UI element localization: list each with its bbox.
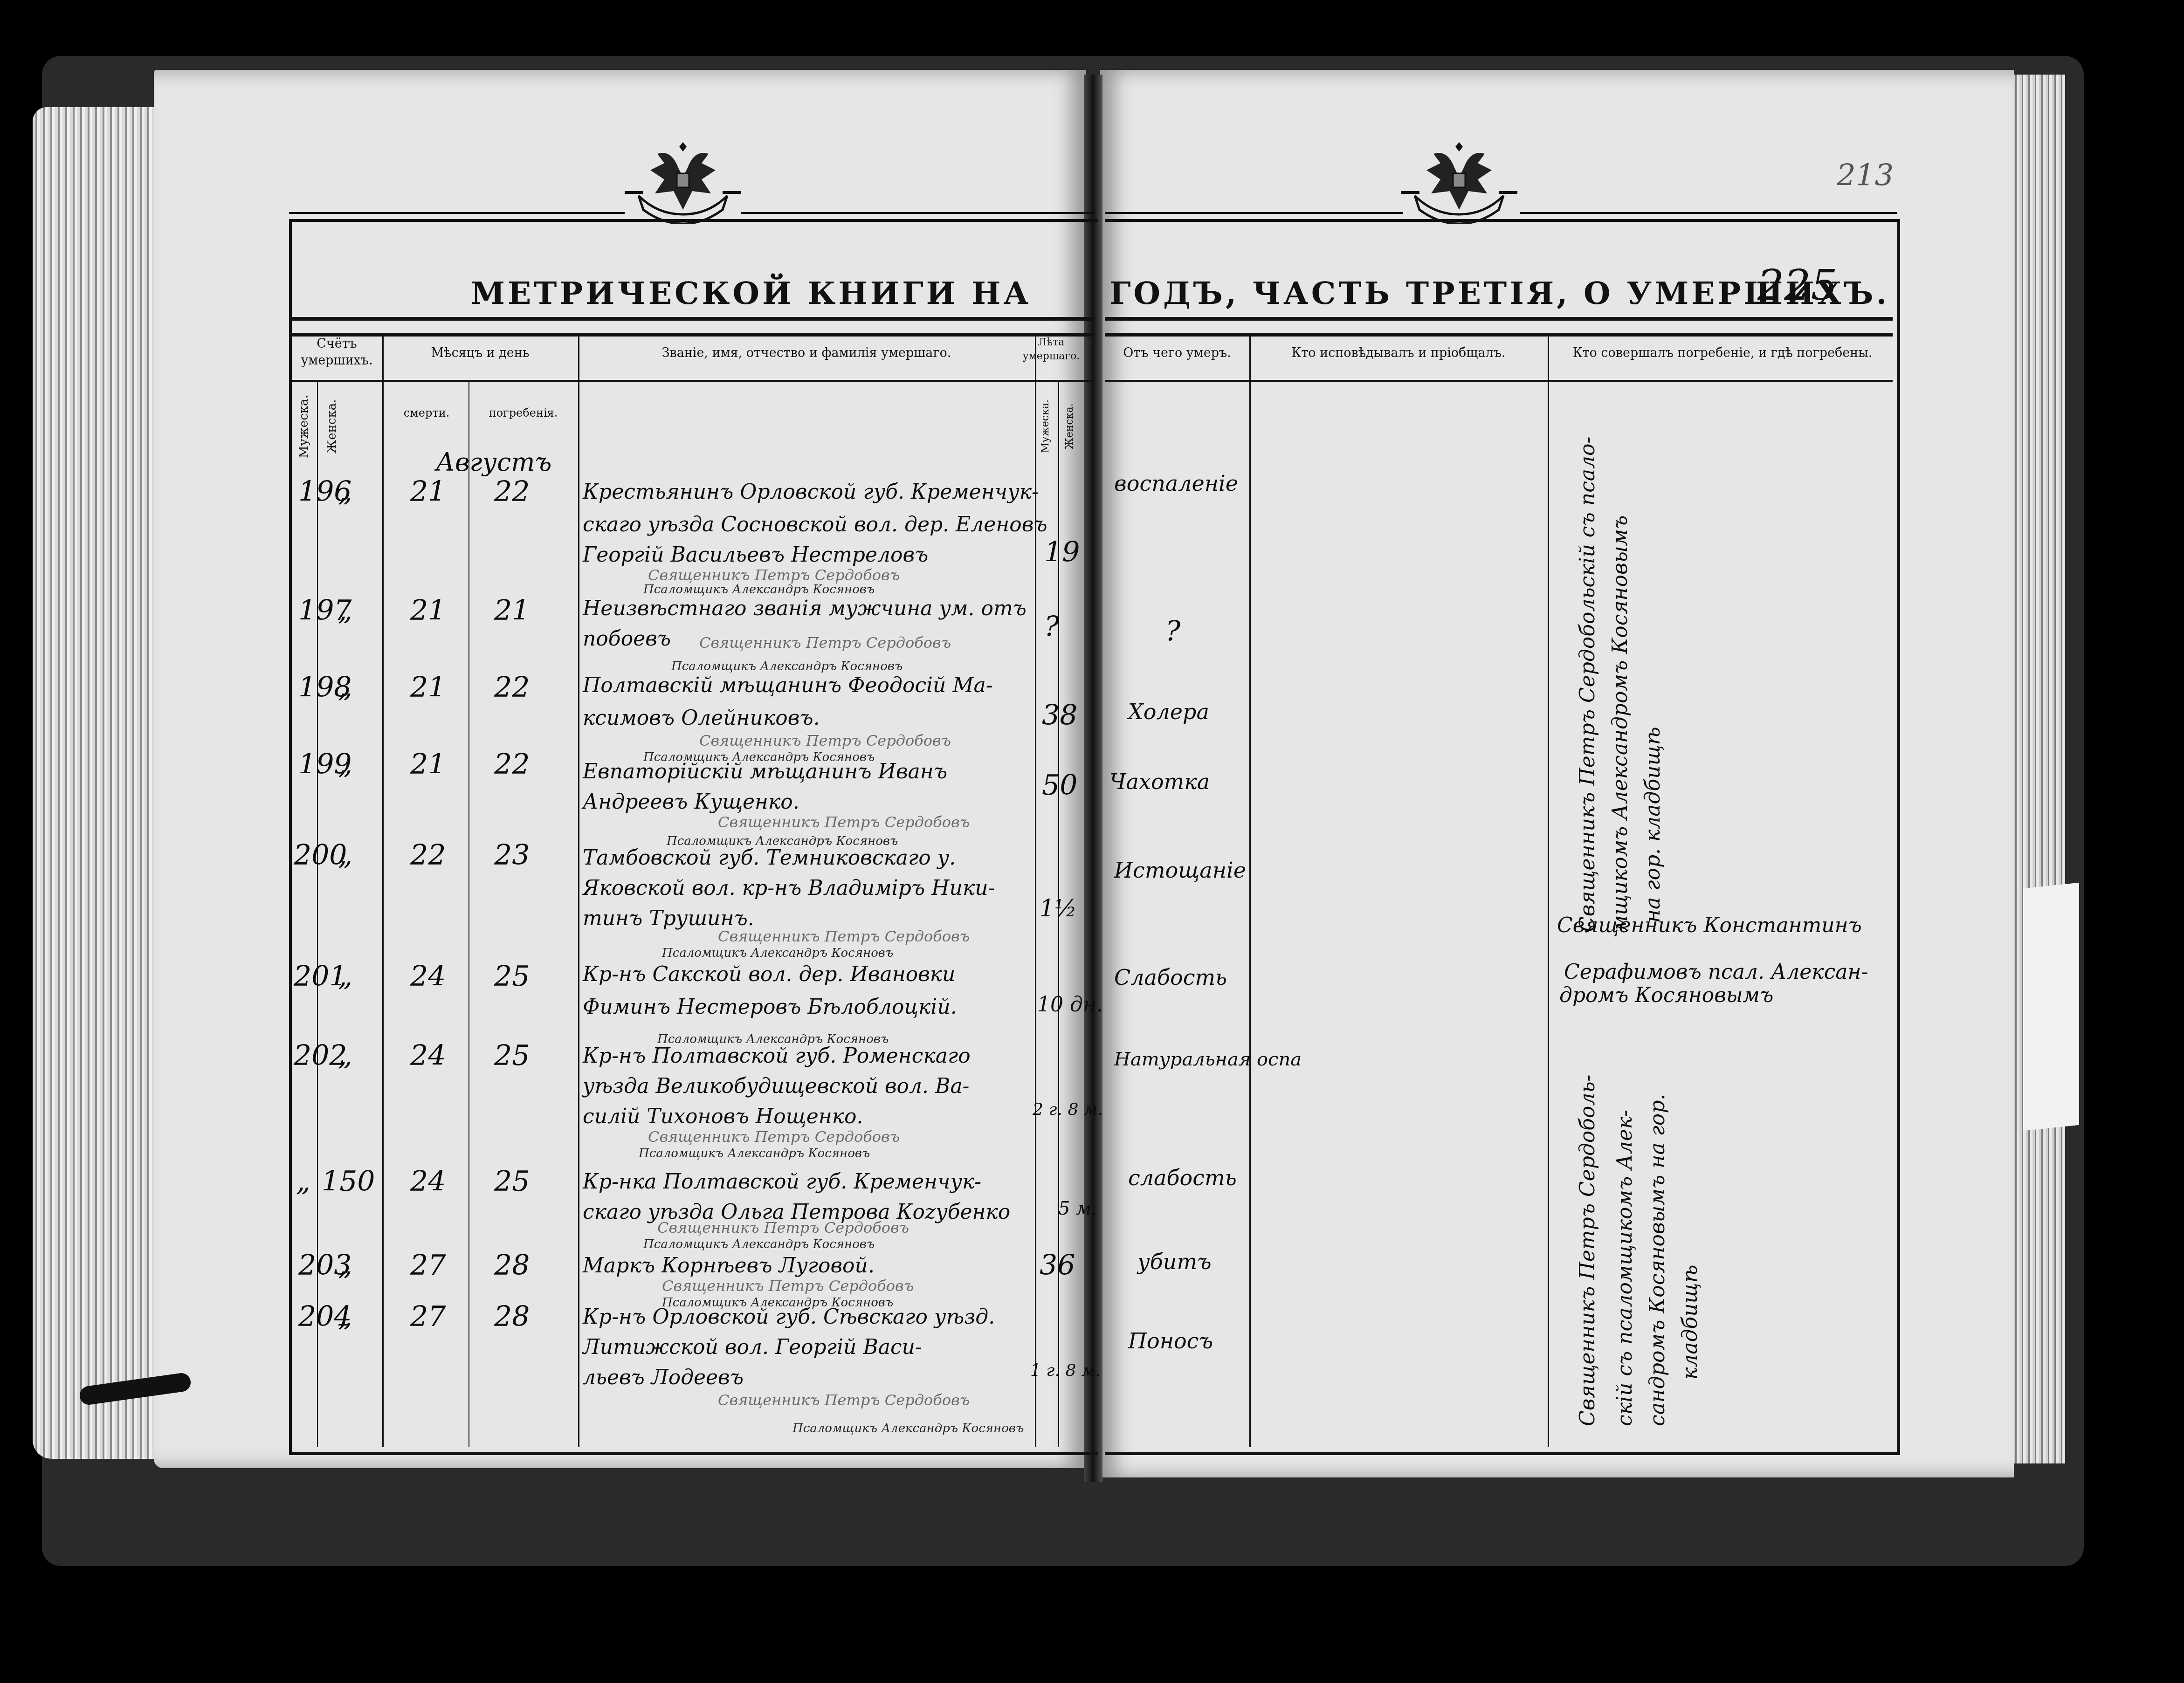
psalmist-signature: Псаломщикъ Александръ Косяновъ — [643, 1237, 875, 1251]
name-line: Литижской вол. Георгій Васи- — [583, 1335, 922, 1359]
header-count: Счётъ умершихъ. — [294, 336, 380, 370]
name-line: побоевъ — [583, 627, 671, 651]
age: 10 дн. — [1037, 993, 1103, 1017]
death-day: 22 — [410, 839, 446, 872]
header-death: смерти. — [387, 405, 466, 420]
name-line: силій Тихоновъ Нощенко. — [583, 1105, 863, 1128]
name-line: Евпаторійскій мѣщанинъ Иванъ — [583, 760, 947, 783]
name-line: Георгій Васильевъ Нестреловъ — [583, 543, 928, 567]
name-line: Тамбовской губ. Темниковскаго у. — [583, 846, 956, 870]
burial-note-line: дромъ Косяновымъ — [1559, 983, 1773, 1007]
name-line: Маркъ Корнѣевъ Луговой. — [583, 1254, 875, 1278]
age: 50 — [1042, 769, 1077, 802]
cause-of-death: Слабость — [1114, 965, 1227, 990]
priest-signature: Священникъ Петръ Сердобовъ — [648, 566, 900, 584]
burial-note-line: кладбищѣ — [1678, 1193, 1702, 1380]
name-line: скаго уѣзда Сосновской вол. дер. Еленовъ — [583, 513, 1047, 536]
burial-note-line: мщикомъ Александромъ Косяновымъ — [1608, 392, 1632, 932]
burial-note-line: на гор. кладбищѣ — [1641, 587, 1665, 923]
header-cause: Отъ чего умеръ. — [1109, 345, 1245, 362]
cause-of-death: убитъ — [1137, 1249, 1212, 1274]
death-day: 24 — [410, 1039, 446, 1072]
age: 19 — [1044, 536, 1080, 569]
count-female: 150 — [322, 1165, 375, 1198]
subheader-rule — [1105, 380, 1893, 382]
header-confessor: Кто исповѣдывалъ и пріобщалъ. — [1254, 345, 1543, 362]
burial-note-line: Священникъ Петръ Сердоболь- — [1576, 1053, 1599, 1426]
header-count-female: Женска. — [324, 389, 340, 464]
header-age: Лѣта умершаго. — [1021, 336, 1082, 363]
age: 38 — [1042, 699, 1077, 732]
col-divider — [578, 333, 579, 1447]
burial-day: 25 — [494, 1165, 530, 1198]
death-day: 24 — [410, 960, 446, 993]
count-female: „ — [338, 594, 352, 627]
cause-of-death: Холера — [1128, 699, 1209, 724]
psalmist-signature: Псаломщикъ Александръ Косяновъ — [643, 583, 875, 597]
age: 1 г. 8 м. — [1030, 1361, 1101, 1380]
name-line: Яковской вол. кр-нъ Владиміръ Ники- — [583, 876, 995, 900]
page-stack-left — [33, 107, 154, 1459]
torn-paper-fragment — [2023, 883, 2079, 1131]
col-subdivider — [317, 382, 318, 1447]
death-day: 21 — [410, 594, 446, 627]
priest-signature: Священникъ Петръ Сердобовъ — [648, 1128, 900, 1146]
burial-note-line: сандромъ Косяновымъ на гор. — [1646, 1053, 1669, 1426]
name-line: Кр-нъ Сакской вол. дер. Ивановки — [583, 962, 955, 986]
age: 2 г. 8 м. — [1033, 1100, 1103, 1119]
name-line: Кр-нъ Полтавской губ. Роменскаго — [583, 1044, 971, 1068]
header-name: Званіе, имя, отчество и фамилія умершаго… — [583, 345, 1030, 362]
cause-of-death: Истощаніе — [1114, 858, 1246, 883]
header-age-male: Мужеска. — [1039, 389, 1053, 464]
death-day: 21 — [410, 748, 446, 781]
folio-number: 213 — [1837, 158, 1894, 193]
priest-signature: Священникъ Петръ Сердобовъ — [699, 732, 951, 749]
header-month-day: Мѣсяцъ и день — [387, 345, 573, 362]
burial-note-line: Священникъ Константинъ — [1557, 914, 1862, 937]
psalmist-signature: Псаломщикъ Александръ Косяновъ — [792, 1422, 1024, 1436]
name-line: Андреевъ Кущенко. — [583, 790, 799, 814]
burial-day: 25 — [494, 1039, 530, 1072]
col-divider — [382, 333, 384, 1447]
age: 1½ — [1040, 895, 1077, 922]
death-day: 21 — [410, 671, 446, 704]
psalmist-signature: Псаломщикъ Александръ Косяновъ — [639, 1147, 870, 1161]
burial-day: 22 — [494, 475, 530, 508]
col-divider — [1249, 333, 1251, 1447]
count-female: „ — [338, 960, 352, 993]
cause-of-death: Чахотка — [1109, 769, 1210, 794]
name-line: льевъ Лодеевъ — [583, 1366, 744, 1389]
cause-of-death: слабость — [1128, 1165, 1237, 1190]
header-count-male: Мужеска. — [296, 389, 312, 464]
death-day: 21 — [410, 475, 446, 508]
col-subdivider — [468, 382, 469, 1447]
age: ? — [1044, 611, 1059, 643]
table-frame-right — [1105, 219, 1900, 1455]
burial-day: 23 — [494, 839, 530, 872]
name-line: Крестьянинъ Орловской губ. Кременчук- — [583, 480, 1039, 504]
top-rule — [741, 212, 1095, 214]
month-label: Августъ — [436, 447, 551, 477]
name-line: ксимовъ Олейниковъ. — [583, 706, 820, 730]
crest-left — [625, 135, 741, 224]
header-burial-by: Кто совершалъ погребеніе, и гдѣ погребен… — [1552, 345, 1893, 362]
double-headed-eagle-icon — [625, 135, 741, 224]
priest-signature: Священникъ Петръ Сердобовъ — [699, 634, 951, 652]
count-female: „ — [338, 748, 352, 781]
priest-signature: Священникъ Петръ Сердобовъ — [718, 927, 970, 945]
count-male: „ — [296, 1165, 310, 1198]
count-female: „ — [338, 1300, 352, 1333]
header-rule — [292, 317, 1094, 337]
count-female: „ — [338, 671, 352, 704]
count-female: „ — [338, 475, 352, 508]
burial-note-line: скій съ псаломщикомъ Алек- — [1613, 1053, 1637, 1426]
header-burial: погребенія. — [471, 405, 576, 420]
burial-day: 28 — [494, 1249, 530, 1282]
name-line: уѣзда Великобудищевской вол. Ва- — [583, 1074, 970, 1098]
count-female: „ — [338, 1249, 352, 1282]
burial-note-line: Серафимовъ псал. Алексан- — [1564, 960, 1868, 984]
double-headed-eagle-icon — [1401, 135, 1517, 224]
burial-note-line: Священникъ Петръ Сердобольскій съ псало- — [1576, 392, 1599, 932]
psalmist-signature: Псаломщикъ Александръ Косяновъ — [662, 946, 893, 960]
priest-signature: Священникъ Петръ Сердобовъ — [657, 1219, 909, 1236]
cause-of-death: воспаленіе — [1114, 471, 1238, 496]
title-left: МЕТРИЧЕСКОЙ КНИГИ НА — [471, 275, 1031, 311]
name-line: Неизвѣстнаго званія мужчина ум. отъ — [583, 597, 1027, 620]
priest-signature: Священникъ Петръ Сердобовъ — [662, 1277, 914, 1295]
burial-day: 25 — [494, 960, 530, 993]
death-day: 24 — [410, 1165, 446, 1198]
count-female: „ — [338, 1039, 352, 1072]
top-rule — [289, 212, 625, 214]
top-rule — [1520, 212, 1897, 214]
death-day: 27 — [410, 1300, 446, 1333]
death-day: 27 — [410, 1249, 446, 1282]
burial-day: 21 — [494, 594, 530, 627]
name-line: Фиминъ Нестеровъ Бѣлоблоцкій. — [583, 995, 957, 1019]
cause-of-death: Натуральная оспа — [1114, 1049, 1302, 1070]
cause-of-death: Поносъ — [1128, 1328, 1213, 1353]
crest-right — [1401, 135, 1517, 224]
name-line: Полтавскій мѣщанинъ Феодосій Ма- — [583, 673, 993, 697]
subheader-rule — [292, 380, 1094, 382]
header-rule — [1105, 317, 1893, 337]
page-number-stamp: 225 — [1757, 261, 1838, 310]
burial-day: 22 — [494, 671, 530, 704]
burial-day: 28 — [494, 1300, 530, 1333]
name-line: Кр-нка Полтавской губ. Кременчук- — [583, 1170, 981, 1194]
count-female: „ — [338, 839, 352, 872]
top-rule — [1105, 212, 1403, 214]
burial-day: 22 — [494, 748, 530, 781]
col-divider — [1548, 333, 1549, 1447]
psalmist-signature: Псаломщикъ Александръ Косяновъ — [671, 659, 903, 673]
age: 36 — [1040, 1249, 1075, 1282]
name-line: Кр-нъ Орловской губ. Сѣвскаго уѣзд. — [583, 1305, 995, 1329]
name-line: тинъ Трушинъ. — [583, 907, 754, 930]
age-female: 5 м. — [1058, 1198, 1097, 1219]
priest-signature: Священникъ Петръ Сердобовъ — [718, 1391, 970, 1409]
priest-signature: Священникъ Петръ Сердобовъ — [718, 813, 970, 831]
cause-of-death: ? — [1165, 615, 1180, 648]
header-age-female: Женска. — [1063, 389, 1077, 464]
